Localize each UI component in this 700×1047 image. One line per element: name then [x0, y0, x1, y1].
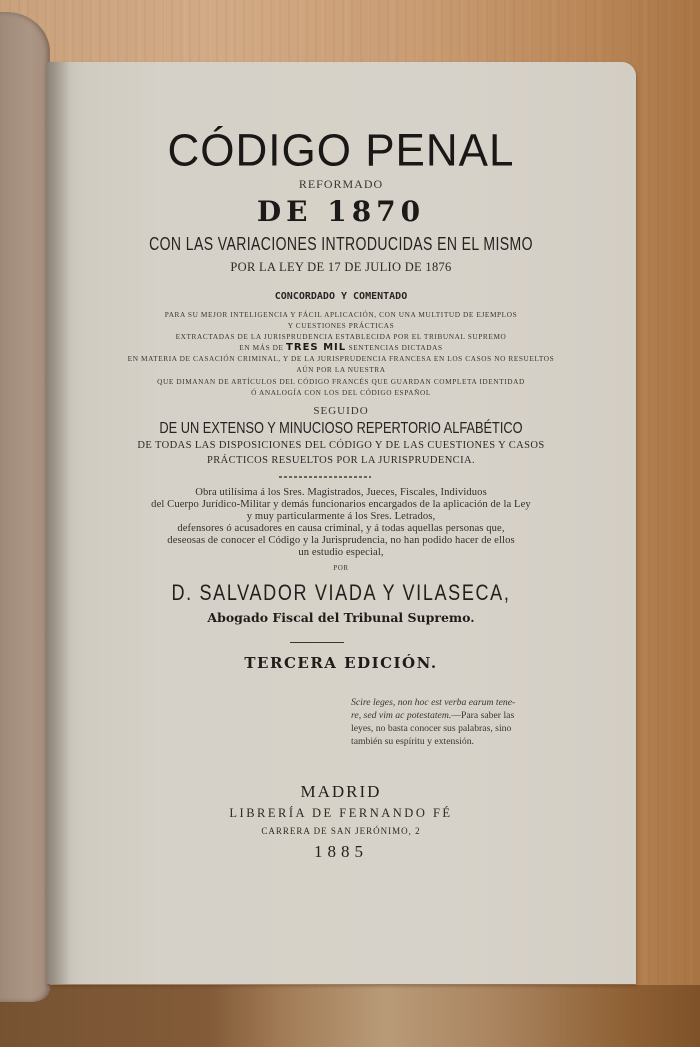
- epigraph-line: re, sed vim ac potestatem.—Para saber la…: [351, 709, 583, 722]
- epigraph-line: Scire leges, non hoc est verba earum ten…: [351, 696, 583, 709]
- en-mas-de-text: EN MÁS DE: [239, 343, 283, 352]
- imprint-city: MADRID: [46, 782, 636, 802]
- left-page-curl: [0, 12, 50, 1002]
- edition-label: TERCERA EDICIÓN.: [46, 654, 636, 672]
- por-text: POR: [46, 564, 636, 572]
- subtitle-ley: POR LA LEY DE 17 DE JULIO DE 1876: [46, 260, 636, 275]
- description-line: PARA SU MEJOR INTELIGENCIA Y FÁCIL APLIC…: [46, 310, 636, 319]
- description-line: QUE DIMANAN DE ARTÍCULOS DEL CÓDIGO FRAN…: [46, 377, 636, 386]
- wooden-table-edge: [0, 985, 700, 1047]
- audience-line: del Cuerpo Jurídico-Militar y demás func…: [46, 499, 636, 510]
- audience-line: un estudio especial,: [46, 547, 636, 558]
- audience-line: Obra utilísima á los Sres. Magistrados, …: [46, 487, 636, 498]
- audience-line: deseosas de conocer el Código y la Juris…: [46, 535, 636, 546]
- repertorio-heading: DE UN EXTENSO Y MINUCIOSO REPERTORIO ALF…: [105, 420, 577, 438]
- description-line: Ó ANALOGÍA CON LOS DEL CÓDIGO ESPAÑOL: [46, 388, 636, 397]
- divider-rule: [290, 642, 344, 643]
- imprint-year: 1885: [46, 842, 636, 862]
- repertorio-line: DE TODAS LAS DISPOSICIONES DEL CÓDIGO Y …: [46, 440, 636, 451]
- book-title: CÓDIGO PENAL: [46, 125, 636, 177]
- description-line: EXTRACTADAS DE LA JURISPRUDENCIA ESTABLE…: [46, 332, 636, 341]
- imprint-address: CARRERA DE SAN JERÓNIMO, 2: [46, 826, 636, 836]
- tres-mil-emphasis: TRES MIL: [286, 342, 346, 353]
- description-line: Y CUESTIONES PRÁCTICAS: [46, 321, 636, 330]
- subtitle-variaciones: CON LAS VARIACIONES INTRODUCIDAS EN EL M…: [111, 234, 571, 255]
- title-page: CÓDIGO PENAL REFORMADO DE 1870 CON LAS V…: [46, 62, 636, 984]
- audience-line: defensores ó acusadores en causa crimina…: [46, 523, 636, 534]
- description-line: EN MATERIA DE CASACIÓN CRIMINAL, Y DE LA…: [46, 354, 636, 363]
- author-name: D. SALVADOR VIADA Y VILASECA,: [99, 580, 583, 606]
- seguido-text: SEGUIDO: [46, 405, 636, 417]
- concordado-heading: CONCORDADO Y COMENTADO: [46, 291, 636, 302]
- description-line-tres-mil: EN MÁS DE TRES MIL SENTENCIAS DICTADAS: [46, 342, 636, 353]
- ornamental-divider: [279, 476, 371, 478]
- epigraph-line: leyes, no basta conocer sus palabras, si…: [351, 722, 583, 735]
- epigraph: Scire leges, non hoc est verba earum ten…: [351, 696, 583, 748]
- author-title: Abogado Fiscal del Tribunal Supremo.: [46, 610, 636, 625]
- imprint-publisher: LIBRERÍA DE FERNANDO FÉ: [46, 806, 636, 821]
- epigraph-line: también su espíritu y extensión.: [351, 735, 583, 748]
- sentencias-text: SENTENCIAS DICTADAS: [349, 343, 443, 352]
- audience-line: y muy particularmente á los Sres. Letrad…: [46, 511, 636, 522]
- subtitle-reformado: REFORMADO: [46, 177, 636, 192]
- description-line: AÚN POR LA NUESTRA: [46, 365, 636, 374]
- subtitle-year: DE 1870: [46, 195, 636, 228]
- repertorio-line: PRÁCTICOS RESUELTOS POR LA JURISPRUDENCI…: [46, 455, 636, 466]
